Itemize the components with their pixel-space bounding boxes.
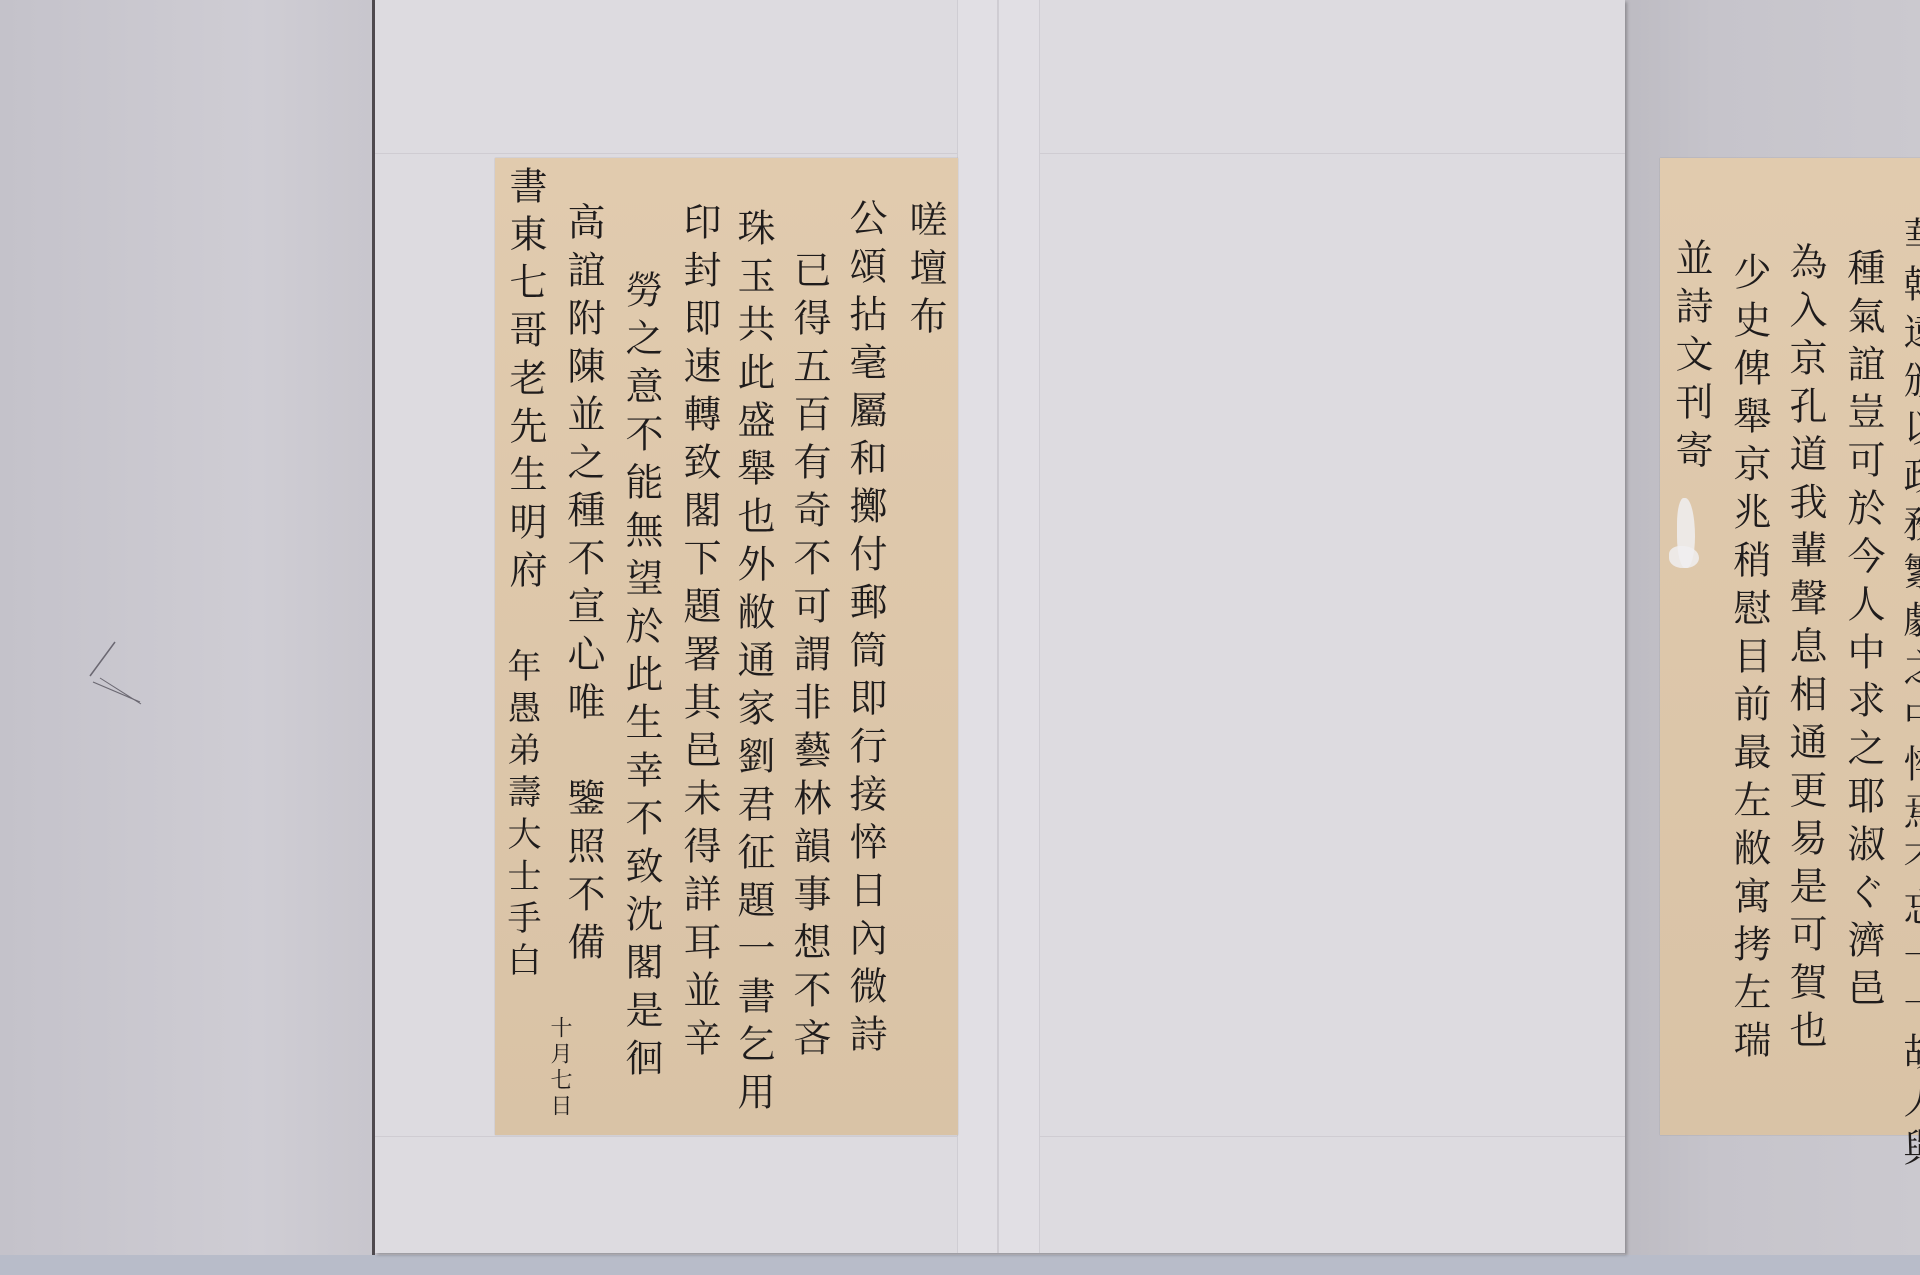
text-column: 勞之意不能無望於此生幸不致沈閣是徊 (622, 270, 660, 1086)
mount-seam (375, 1136, 997, 1137)
table-surface-left (0, 0, 370, 1275)
text-column: 為入京孔道我輩聲息相通更易是可賀也 (1786, 242, 1824, 1058)
letter-album: 嗟壇布 公頌拈毫屬和擲付郵筒即行接悴日內微詩 已得五百有奇不可謂非藝林韻事想不吝… (375, 0, 1625, 1253)
pencil-mark-icon (85, 640, 155, 710)
signature: 年愚弟壽大士手白 (504, 648, 538, 984)
hinge-strip (957, 0, 999, 1253)
text-column: 書東七哥老先生明府 (506, 166, 544, 598)
text-column: 種氣誼豈可於今人中求之耶淑ぐ濟邑 (1844, 248, 1882, 1016)
letter-sheet-right: 中秋僧舍言別倏忽半年將更西堰還京 得讀 七哥先生手札並知西堰左会垛日一番歆洽若又… (1660, 158, 1920, 1135)
text-column: 印封即速轉致閣下題署其邑未得詳耳並辛 (680, 202, 718, 1066)
text-column: 已得五百有奇不可謂非藝林韻事想不吝 (790, 250, 828, 1066)
album-leaf-left: 嗟壇布 公頌拈毫屬和擲付郵筒即行接悴日內微詩 已得五百有奇不可謂非藝林韻事想不吝… (375, 0, 997, 1253)
text-column: 公頌拈毫屬和擲付郵筒即行接悴日內微詩 (846, 198, 884, 1062)
text-column: 少史俾舉京兆稍慰目前最左敝寓拷左瑞 (1730, 252, 1768, 1068)
mount-seam (375, 153, 997, 154)
text-column: 華翰遠頒以政務繁劇之中悴焉不忘一一故人與 (1900, 216, 1920, 1176)
date-note: 十月七日 (548, 1016, 570, 1120)
table-surface-bottom (0, 1255, 1920, 1275)
hinge-strip (998, 0, 1040, 1253)
mount-seam (1000, 153, 1625, 154)
text-column: 珠玉共此盛舉也外敝通家劉君征題一書乞用 (734, 208, 772, 1120)
letter-sheet-left: 嗟壇布 公頌拈毫屬和擲付郵筒即行接悴日內微詩 已得五百有奇不可謂非藝林韻事想不吝… (495, 158, 958, 1135)
album-leaf-right: 中秋僧舍言別倏忽半年將更西堰還京 得讀 七哥先生手札並知西堰左会垛日一番歆洽若又… (1000, 0, 1625, 1253)
mount-seam (1000, 1136, 1625, 1137)
paper-damage (1669, 546, 1699, 568)
text-column: 高誼附陳並之種不宣心唯 鑒照不備 (564, 202, 602, 970)
text-column: 嗟壇布 (906, 200, 944, 344)
text-column: 並詩文刊寄 (1672, 238, 1710, 478)
